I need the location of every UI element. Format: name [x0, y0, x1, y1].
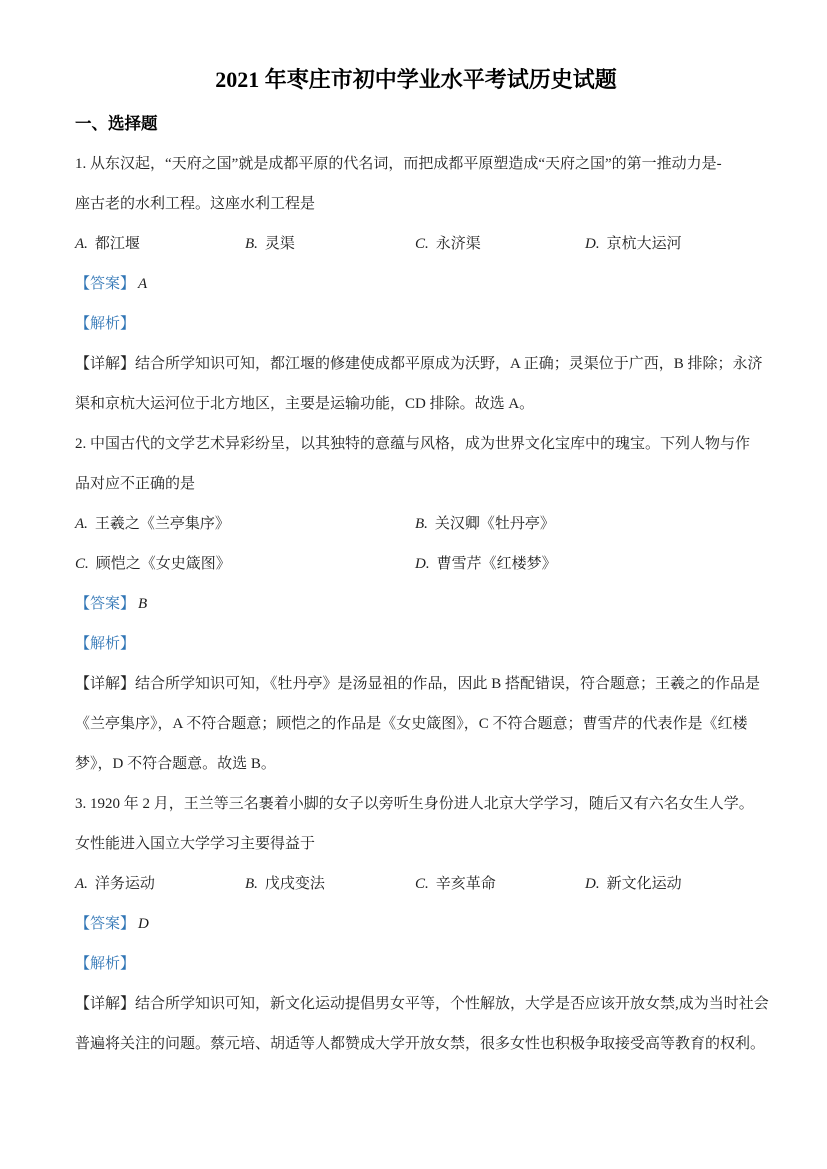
- question-3-answer-line: 【答案】D: [75, 904, 757, 944]
- question-2-options-row-2: C.顾恺之《女史箴图》 D.曹雪芹《红楼梦》: [75, 544, 757, 584]
- question-1-analysis-line: 【解析】: [75, 304, 757, 344]
- question-3-detail-line-1: 【详解】结合所学知识可知，新文化运动提倡男女平等，个性解放，大学是否应该开放女禁…: [75, 984, 757, 1024]
- question-1-option-b: B.灵渠: [245, 224, 415, 264]
- question-2-detail-line-3: 梦》，D 不符合题意。故选 B。: [75, 744, 757, 784]
- option-text: 戊戌变法: [265, 876, 325, 892]
- question-3-option-c: C.辛亥革命: [415, 864, 585, 904]
- option-text: 永济渠: [436, 236, 481, 252]
- answer-label: 【答案】: [75, 276, 135, 292]
- answer-value: A: [138, 276, 147, 292]
- option-text: 灵渠: [265, 236, 295, 252]
- question-3-options-row: A.洋务运动 B.戊戌变法 C.辛亥革命 D.新文化运动: [75, 864, 757, 904]
- question-2-detail-line-2: 《兰亭集序》，A 不符合题意；顾恺之的作品是《女史箴图》，C 不符合题意；曹雪芹…: [75, 704, 757, 744]
- question-3-option-b: B.戊戌变法: [245, 864, 415, 904]
- analysis-label: 【解析】: [75, 316, 135, 332]
- question-2-option-b: B.关汉卿《牡丹亭》: [415, 504, 757, 544]
- question-2-stem-line-2: 品对应不正确的是: [75, 464, 757, 504]
- question-2-options-row-1: A.王羲之《兰亭集序》 B.关汉卿《牡丹亭》: [75, 504, 757, 544]
- exam-document-page: 2021 年枣庄市初中学业水平考试历史试题 一、选择题 1. 从东汉起，“天府之…: [0, 0, 827, 1169]
- option-text: 关汉卿《牡丹亭》: [435, 516, 555, 532]
- option-text: 顾恺之《女史箴图》: [96, 556, 231, 572]
- question-2-detail-line-1: 【详解】结合所学知识可知，《牡丹亭》是汤显祖的作品，因此 B 搭配错误，符合题意…: [75, 664, 757, 704]
- question-1-stem-line-1: 1. 从东汉起，“天府之国”就是成都平原的代名词，而把成都平原塑造成“天府之国”…: [75, 144, 757, 184]
- question-1-options-row: A.都江堰 B.灵渠 C.永济渠 D.京杭大运河: [75, 224, 757, 264]
- question-2-option-d: D.曹雪芹《红楼梦》: [415, 544, 757, 584]
- analysis-label: 【解析】: [75, 956, 135, 972]
- question-3-option-a: A.洋务运动: [75, 864, 245, 904]
- option-text: 都江堰: [95, 236, 140, 252]
- section-heading: 一、选择题: [75, 104, 757, 144]
- page-title: 2021 年枣庄市初中学业水平考试历史试题: [75, 64, 757, 96]
- question-2-option-c: C.顾恺之《女史箴图》: [75, 544, 415, 584]
- question-3-detail-line-2: 普遍将关注的问题。蔡元培、胡适等人都赞成大学开放女禁，很多女性也积极争取接受高等…: [75, 1024, 757, 1064]
- question-3-option-d: D.新文化运动: [585, 864, 757, 904]
- option-text: 曹雪芹《红楼梦》: [437, 556, 557, 572]
- question-1-option-c: C.永济渠: [415, 224, 585, 264]
- question-3-analysis-line: 【解析】: [75, 944, 757, 984]
- question-1-detail-line-1: 【详解】结合所学知识可知，都江堰的修建使成都平原成为沃野，A 正确；灵渠位于广西…: [75, 344, 757, 384]
- question-1-stem-line-2: 座古老的水利工程。这座水利工程是: [75, 184, 757, 224]
- answer-label: 【答案】: [75, 916, 135, 932]
- answer-value: D: [138, 916, 149, 932]
- question-2-option-a: A.王羲之《兰亭集序》: [75, 504, 415, 544]
- question-2-stem-line-1: 2. 中国古代的文学艺术异彩纷呈，以其独特的意蕴与风格，成为世界文化宝库中的瑰宝…: [75, 424, 757, 464]
- question-1-detail-line-2: 渠和京杭大运河位于北方地区，主要是运输功能，CD 排除。故选 A。: [75, 384, 757, 424]
- question-3-stem-line-1: 3. 1920 年 2 月，王兰等三名裹着小脚的女子以旁听生身份进人北京大学学习…: [75, 784, 757, 824]
- option-text: 王羲之《兰亭集序》: [95, 516, 230, 532]
- answer-value: B: [138, 596, 147, 612]
- option-text: 新文化运动: [607, 876, 682, 892]
- question-1-option-a: A.都江堰: [75, 224, 245, 264]
- answer-label: 【答案】: [75, 596, 135, 612]
- question-1-option-d: D.京杭大运河: [585, 224, 757, 264]
- question-2-answer-line: 【答案】B: [75, 584, 757, 624]
- question-2-analysis-line: 【解析】: [75, 624, 757, 664]
- question-1-answer-line: 【答案】A: [75, 264, 757, 304]
- option-text: 辛亥革命: [436, 876, 496, 892]
- option-text: 京杭大运河: [607, 236, 682, 252]
- option-text: 洋务运动: [95, 876, 155, 892]
- question-3-stem-line-2: 女性能进入国立大学学习主要得益于: [75, 824, 757, 864]
- analysis-label: 【解析】: [75, 636, 135, 652]
